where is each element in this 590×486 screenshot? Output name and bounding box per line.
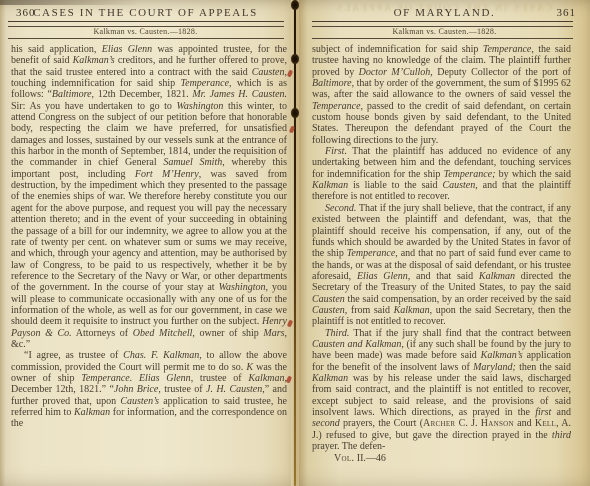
right-page-number: 361 [557,7,577,19]
stitch-line [294,0,297,486]
running-head-rule [312,38,573,39]
paragraph: his said application, Elias Glenn was ap… [11,44,287,350]
left-running-head: Kalkman vs. Causten.—1828. [0,27,291,36]
stitch-knot [291,0,299,10]
left-page: 360 CASES IN THE COURT OF APPEALS Kalkma… [0,0,291,486]
paragraph: First. That the plaintiff has adduced no… [312,146,571,203]
volume-signature: Vol. II.—46 [334,453,571,464]
book-scan: 360 CASES IN THE COURT OF APPEALS Kalkma… [0,0,590,486]
right-page-header-title: OF MARYLAND. [299,7,590,19]
right-running-head: Kalkman vs. Causten.—1828. [299,27,590,36]
stitch-knot [291,54,299,64]
right-page: CASES IN THE COURT OF APPEALS OF MARYLAN… [299,0,590,486]
left-page-body: his said application, Elias Glenn was ap… [11,44,287,480]
paragraph: subject of indemnification for said ship… [312,44,571,146]
paragraph: Second. That if the jury shall believe, … [312,203,571,328]
right-page-body: subject of indemnification for said ship… [312,44,571,480]
paragraph: “I agree, as trustee of Chas. F. Kalkman… [11,350,287,429]
running-head-rule [8,38,284,39]
photo-edge-shadow [0,0,140,5]
stitch-knot [291,108,299,118]
left-page-header-title: CASES IN THE COURT OF APPEALS [0,7,291,19]
paragraph: Third. That if the jury shall find that … [312,328,571,453]
